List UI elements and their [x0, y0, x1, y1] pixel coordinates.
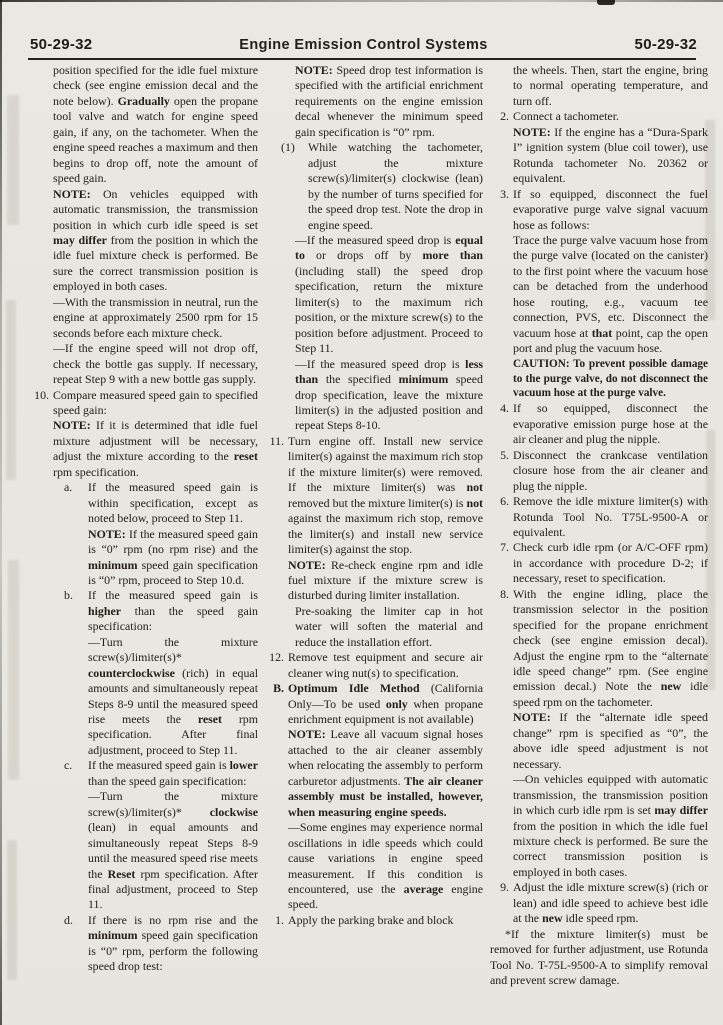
text-run: may differ [654, 803, 708, 817]
list-marker: b. [64, 588, 84, 603]
text-run: If the measured speed gain is within spe… [88, 480, 258, 525]
list-marker: 2. [490, 109, 509, 124]
list-item: (1)While watching the tachometer, adjust… [265, 140, 483, 233]
list-item: 7.Check curb idle rpm (or A/C-OFF rpm) i… [490, 540, 708, 586]
text-run: higher [88, 604, 121, 618]
text-run: than the speed gain specification: [88, 774, 247, 788]
paragraph: Pre-soaking the limiter cap in hot water… [265, 604, 483, 650]
text-run: clockwise [210, 805, 258, 819]
paragraph: —With the transmission in neutral, run t… [30, 295, 258, 341]
list-marker: 10. [30, 388, 49, 403]
list-item: 4.If so equipped, disconnect the evapora… [490, 401, 708, 447]
header-rule [28, 58, 696, 60]
list-item: c.If the measured speed gain is lower th… [30, 758, 258, 789]
text-run: NOTE: [53, 187, 91, 201]
paragraph: —If the engine speed will not drop off, … [30, 341, 258, 387]
page-title: Engine Emission Control Systems [239, 37, 487, 53]
list-item: 3.If so equipped, disconnect the fuel ev… [490, 187, 708, 233]
text-run: new [542, 911, 562, 925]
scan-blot-artifact [597, 0, 615, 5]
text-run: Remove test equipment and secure air cle… [288, 650, 483, 679]
text-run: average [404, 882, 444, 896]
paragraph: —Turn the mixture screw(s)/limiter(s)* c… [30, 789, 258, 913]
paragraph: Trace the purge valve vacuum hose from t… [490, 233, 708, 357]
text-run: NOTE: [513, 125, 551, 139]
list-marker: (1) [281, 140, 305, 155]
list-item: 6.Remove the idle mixture limiter(s) wit… [490, 494, 708, 540]
text-run: not [466, 480, 483, 494]
text-run: Gradually [118, 94, 170, 108]
list-marker: 6. [490, 494, 509, 509]
document-page: 50-29-32 Engine Emission Control Systems… [0, 0, 723, 1025]
bleedthrough-smudge [8, 560, 19, 780]
text-run: While watching the tachometer, adjust th… [308, 140, 483, 231]
list-item: B.Optimum Idle Method (California Only—T… [265, 681, 483, 727]
note: NOTE: Leave all vacuum signal hoses atta… [265, 727, 483, 820]
note: NOTE: If the engine has a “Dura-Spark I”… [490, 125, 708, 187]
text-run: against the maximum rich stop, remove th… [288, 511, 483, 556]
text-run: —If the measured speed drop is [295, 233, 455, 247]
caution: CAUTION: To prevent possible damage to t… [490, 357, 708, 402]
list-item: 9.Adjust the idle mixture screw(s) (rich… [490, 880, 708, 926]
text-run: may differ [53, 233, 107, 247]
list-marker: 3. [490, 187, 509, 202]
note: NOTE: Speed drop test information is spe… [265, 63, 483, 140]
text-run: more than [423, 248, 483, 262]
list-marker: 11. [265, 434, 284, 449]
text-run: Disconnect the crankcase ventilation clo… [513, 448, 708, 493]
text-run: NOTE: [88, 527, 126, 541]
text-run: or drops off by [305, 248, 423, 262]
list-marker: c. [64, 758, 84, 773]
text-run: removed but the mixture limiter(s) is [288, 496, 466, 510]
paragraph: —Turn the mixture screw(s)/limiter(s)* c… [30, 635, 258, 759]
text-run: lower [230, 758, 258, 772]
list-item: 8.With the engine idling, place the tran… [490, 587, 708, 711]
text-run: With the engine idling, place the transm… [513, 587, 708, 694]
text-run: NOTE: [513, 710, 551, 724]
text-column-1: position specified for the idle fuel mix… [30, 63, 258, 989]
text-run: Apply the parking brake and block [288, 913, 453, 927]
note: NOTE: If the “alternate idle speed chang… [490, 710, 708, 772]
text-run: the specified [318, 372, 399, 386]
text-run: Pre-soaking the limiter cap in hot water… [295, 604, 483, 649]
list-item: 2.Connect a tachometer. [490, 109, 708, 124]
text-run: only [386, 697, 408, 711]
text-run: Reset [108, 867, 136, 881]
bleedthrough-smudge [6, 300, 16, 480]
text-run: —With the transmission in neutral, run t… [53, 295, 258, 340]
list-item: a.If the measured speed gain is within s… [30, 480, 258, 526]
text-run: Turn engine off. Install new service lim… [288, 434, 483, 494]
scan-edge-artifact [0, 0, 2, 1025]
text-column-3: the wheels. Then, start the engine, brin… [490, 63, 708, 989]
list-item: 12.Remove test equipment and secure air … [265, 650, 483, 681]
text-run: reset [198, 712, 222, 726]
list-marker: a. [64, 480, 84, 495]
page-number-right: 50-29-32 [635, 36, 697, 53]
text-run: (including stall) the speed drop specifi… [295, 264, 483, 355]
text-run: counterclockwise [88, 666, 175, 680]
bleedthrough-smudge [7, 95, 19, 225]
list-marker: 8. [490, 587, 509, 602]
note: NOTE: If it is determined that idle fuel… [30, 418, 258, 480]
list-item: b.If the measured speed gain is higher t… [30, 588, 258, 634]
list-item: 5.Disconnect the crankcase ventilation c… [490, 448, 708, 494]
list-item: d.If there is no rpm rise and the minimu… [30, 913, 258, 975]
text-run: NOTE: [53, 418, 91, 432]
text-run: rpm specification. [53, 465, 139, 479]
text-run: idle speed rpm. [563, 911, 639, 925]
text-run: —If the engine speed will not drop off, … [53, 341, 258, 386]
text-run: NOTE: [288, 558, 326, 572]
text-run: NOTE: [288, 727, 326, 741]
text-run: If so equipped, disconnect the fuel evap… [513, 187, 708, 232]
list-marker: B. [265, 681, 284, 696]
text-run: If the measured speed gain is [88, 588, 258, 602]
note: NOTE: If the measured speed gain is “0” … [30, 527, 258, 589]
paragraph: —Some engines may experience normal osci… [265, 820, 483, 913]
paragraph: —On vehicles equipped with automatic tra… [490, 772, 708, 880]
text-run: If so equipped, disconnect the evaporati… [513, 401, 708, 446]
list-marker: 4. [490, 401, 509, 416]
note: NOTE: Re-check engine rpm and idle fuel … [265, 558, 483, 604]
paragraph: —If the measured speed drop is equal to … [265, 233, 483, 357]
text-run: —If the measured speed drop is [295, 357, 465, 371]
page-body: position specified for the idle fuel mix… [30, 63, 708, 989]
text-column-2: NOTE: Speed drop test information is spe… [265, 63, 483, 989]
bleedthrough-smudge [7, 840, 17, 980]
paragraph: position specified for the idle fuel mix… [30, 63, 258, 187]
text-run: from the position in which the idle fuel… [513, 819, 708, 879]
text-run: reset [234, 449, 258, 463]
text-run: —Turn the mixture screw(s)/limiter(s)* [88, 635, 258, 664]
page-number-left: 50-29-32 [30, 36, 92, 53]
text-run: CAUTION: To prevent possible damage to t… [513, 358, 708, 400]
text-run: Trace the purge valve vacuum hose from t… [513, 233, 708, 340]
list-marker: 5. [490, 448, 509, 463]
text-run: If the measured speed gain is [88, 758, 230, 772]
list-marker: 7. [490, 540, 509, 555]
text-run: *If the mixture limiter(s) must be remov… [490, 927, 708, 987]
text-run: Connect a tachometer. [513, 109, 619, 123]
text-run: the wheels. Then, start the engine, brin… [513, 63, 708, 108]
list-item: 1.Apply the parking brake and block [265, 913, 483, 928]
footnote: *If the mixture limiter(s) must be remov… [490, 927, 708, 989]
text-run: Compare measured speed gain to specified… [53, 388, 258, 417]
list-item: 10.Compare measured speed gain to specif… [30, 388, 258, 419]
text-run: Check curb idle rpm (or A/C-OFF rpm) in … [513, 540, 708, 585]
text-run: minimum [399, 372, 449, 386]
page-header: 50-29-32 Engine Emission Control Systems… [30, 34, 697, 56]
paragraph: the wheels. Then, start the engine, brin… [490, 63, 708, 109]
text-run: new [661, 679, 681, 693]
text-run: NOTE: [295, 63, 333, 77]
text-run: not [466, 496, 483, 510]
text-run: Remove the idle mixture limiter(s) with … [513, 494, 708, 539]
list-marker: 1. [265, 913, 284, 928]
note: NOTE: On vehicles equipped with automati… [30, 187, 258, 295]
paragraph: —If the measured speed drop is less than… [265, 357, 483, 434]
list-marker: 12. [265, 650, 284, 665]
text-run: minimum [88, 928, 138, 942]
list-marker: 9. [490, 880, 509, 895]
list-marker: d. [64, 913, 84, 928]
text-run: If there is no rpm rise and the [88, 913, 258, 927]
text-run: minimum [88, 558, 138, 572]
text-run: that [592, 326, 612, 340]
list-item: 11.Turn engine off. Install new service … [265, 434, 483, 558]
text-run: Optimum Idle Method [288, 681, 420, 695]
